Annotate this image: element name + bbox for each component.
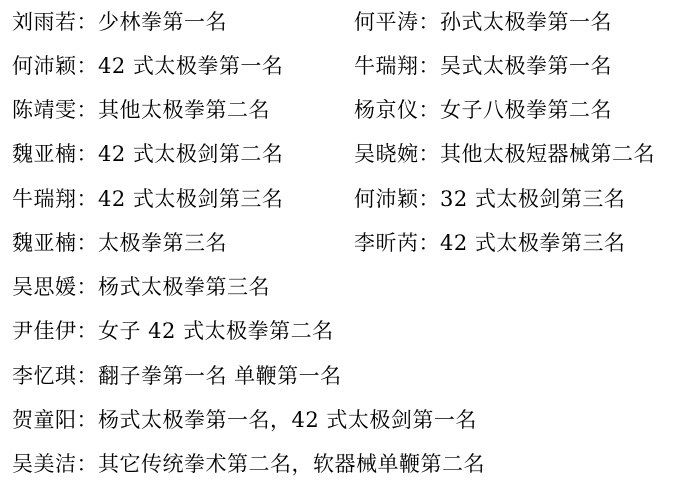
result-entry: 李昕芮：42 式太极拳第三名 bbox=[354, 233, 625, 254]
result-entry: 吴晓婉：其他太极短器械第二名 bbox=[354, 144, 655, 165]
result-entry: 刘雨若：少林拳第一名 bbox=[12, 12, 227, 33]
result-row: 吴思媛：杨式太极拳第三名 bbox=[0, 266, 700, 310]
result-row: 尹佳伊：女子 42 式太极拳第二名 bbox=[0, 310, 700, 354]
result-entry: 杨京仪：女子八极拳第二名 bbox=[354, 100, 612, 121]
result-row: 刘雨若：少林拳第一名 何平涛：孙式太极拳第一名 bbox=[0, 0, 700, 44]
result-row: 陈靖雯：其他太极拳第二名 杨京仪：女子八极拳第二名 bbox=[0, 89, 700, 133]
result-entry: 何沛颖：32 式太极剑第三名 bbox=[354, 189, 625, 210]
result-row: 牛瑞翔：42 式太极剑第三名 何沛颖：32 式太极剑第三名 bbox=[0, 177, 700, 221]
document-page: 刘雨若：少林拳第一名 何平涛：孙式太极拳第一名 何沛颖：42 式太极拳第一名 牛… bbox=[0, 0, 700, 487]
result-entry: 何平涛：孙式太极拳第一名 bbox=[354, 12, 612, 33]
result-row: 李忆琪：翻子拳第一名 单鞭第一名 bbox=[0, 354, 700, 398]
result-row: 何沛颖：42 式太极拳第一名 牛瑞翔：吴式太极拳第一名 bbox=[0, 44, 700, 88]
result-entry: 贺童阳：杨式太极拳第一名，42 式太极剑第一名 bbox=[12, 410, 477, 431]
result-entry: 何沛颖：42 式太极拳第一名 bbox=[12, 56, 283, 77]
result-row: 魏亚楠：太极拳第三名 李昕芮：42 式太极拳第三名 bbox=[0, 221, 700, 265]
result-entry: 牛瑞翔：吴式太极拳第一名 bbox=[354, 56, 612, 77]
result-row: 魏亚楠：42 式太极剑第二名 吴晓婉：其他太极短器械第二名 bbox=[0, 133, 700, 177]
result-entry: 魏亚楠：42 式太极剑第二名 bbox=[12, 144, 283, 165]
result-row: 贺童阳：杨式太极拳第一名，42 式太极剑第一名 bbox=[0, 398, 700, 442]
result-entry: 陈靖雯：其他太极拳第二名 bbox=[12, 100, 270, 121]
result-entry: 魏亚楠：太极拳第三名 bbox=[12, 233, 227, 254]
result-entry: 吴美洁：其它传统拳术第二名，软器械单鞭第二名 bbox=[12, 454, 485, 475]
result-entry: 牛瑞翔：42 式太极剑第三名 bbox=[12, 189, 283, 210]
result-row: 吴美洁：其它传统拳术第二名，软器械单鞭第二名 bbox=[0, 443, 700, 487]
result-entry: 李忆琪：翻子拳第一名 单鞭第一名 bbox=[12, 366, 342, 387]
result-entry: 吴思媛：杨式太极拳第三名 bbox=[12, 277, 270, 298]
result-entry: 尹佳伊：女子 42 式太极拳第二名 bbox=[12, 321, 334, 342]
